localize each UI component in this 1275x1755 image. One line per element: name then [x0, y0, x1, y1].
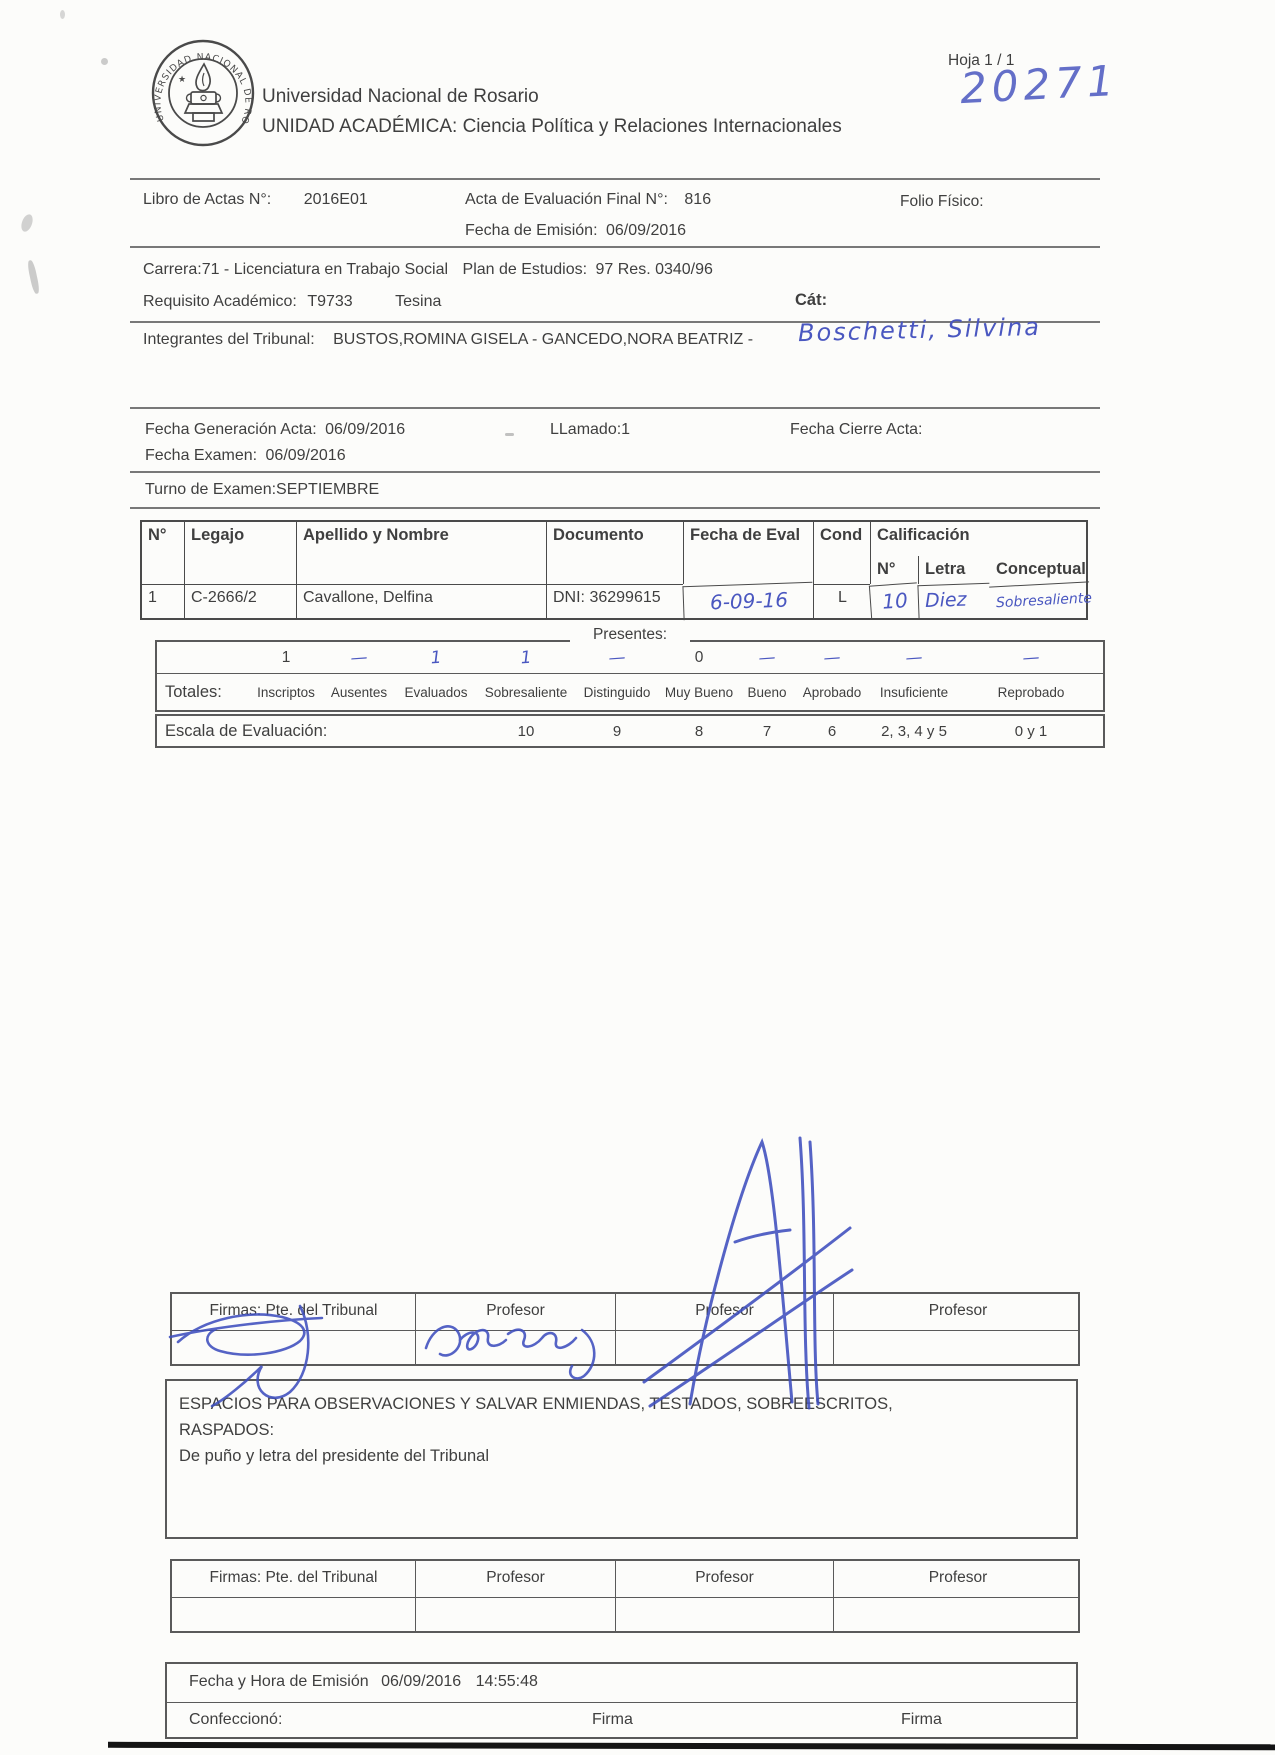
emision-footer-date: 06/09/2016: [381, 1673, 461, 1690]
scan-edge-line: [108, 1742, 1275, 1750]
totales-category-label: Evaluados: [395, 685, 477, 700]
llamado-label: LLamado:: [550, 421, 621, 438]
divider: [130, 507, 1100, 509]
firma-label-1: Firma: [458, 1711, 767, 1729]
escala-value: 2, 3, 4 y 5: [869, 723, 959, 740]
signature-cell-empty: [172, 1598, 415, 1631]
tribunal-members-printed: BUSTOS,ROMINA GISELA - GANCEDO,NORA BEAT…: [333, 331, 753, 348]
scan-smudge: [27, 260, 41, 295]
requisito-line: Requisito Académico: T9733 Tesina: [143, 293, 441, 311]
totales-labels-row: Totales: InscriptosAusentesEvaluadosSobr…: [157, 674, 1103, 710]
requisito-code: T9733: [307, 293, 352, 310]
col-header-legajo: Legajo: [184, 522, 296, 584]
firmas-header: Profesor: [615, 1294, 833, 1330]
firmas2-signature-row: [172, 1598, 1078, 1631]
totales-value: —: [738, 646, 795, 670]
row-calif-no-handwritten: 10: [869, 582, 919, 619]
presentes-label: Presentes:: [570, 626, 690, 644]
firmas-header: Profesor: [833, 1294, 1082, 1330]
signature-cell-empty: [833, 1598, 1082, 1631]
row-nombre: Cavallone, Delfina: [296, 584, 546, 618]
totales-value: —: [794, 645, 869, 670]
emision-footer-box: Fecha y Hora de Emisión 06/09/2016 14:55…: [165, 1662, 1078, 1739]
row-conceptual-handwritten: Sobresaliente: [989, 581, 1091, 620]
libro-de-actas: Libro de Actas N°: 2016E01: [143, 191, 368, 209]
divider: [130, 246, 1100, 248]
turno-examen: Turno de Examen:SEPTIEMBRE: [145, 481, 379, 499]
totales-value: —: [868, 644, 959, 670]
academic-unit: UNIDAD ACADÉMICA: Ciencia Política y Rel…: [262, 116, 842, 138]
examen-value: 06/09/2016: [266, 447, 346, 464]
divider: [130, 407, 1100, 409]
fecha-generacion: Fecha Generación Acta: 06/09/2016: [145, 421, 405, 439]
row-legajo: C-2666/2: [184, 584, 296, 618]
firmas-header: Profesor: [415, 1294, 615, 1330]
firmas-header: Profesor: [833, 1561, 1082, 1597]
col-header-letra: Letra: [918, 556, 990, 584]
firmas1-header-row: Firmas: Pte. del TribunalProfesorProfeso…: [172, 1294, 1078, 1331]
plan-value: 97 Res. 0340/96: [596, 261, 713, 278]
generacion-value: 06/09/2016: [325, 421, 405, 438]
folio-fisico-label: Folio Físico:: [900, 193, 984, 211]
scan-smudge: [101, 58, 108, 65]
col-header-calificacion: Calificación: [870, 522, 1090, 556]
divider: [130, 178, 1100, 180]
escala-value: 7: [739, 723, 795, 740]
firmas-header: Profesor: [615, 1561, 833, 1597]
row-letra-handwritten: Diez: [917, 583, 990, 619]
confecciono-label: Confeccionó:: [167, 1711, 458, 1729]
requisito-name: Tesina: [395, 293, 441, 310]
firmas-header: Profesor: [415, 1561, 615, 1597]
scan-smudge: [505, 433, 514, 436]
fecha-cierre-label: Fecha Cierre Acta:: [790, 421, 923, 439]
acta-evaluacion: Acta de Evaluación Final N°: 816: [465, 191, 711, 209]
carrera-label: Carrera:: [143, 261, 202, 278]
row-cond: L: [813, 584, 870, 618]
observaciones-line1: ESPACIOS PARA OBSERVACIONES Y SALVAR ENM…: [179, 1391, 1064, 1417]
totales-category-label: Distinguido: [575, 685, 659, 700]
emision-footer-time: 14:55:48: [476, 1673, 538, 1690]
carrera-value: 71 - Licenciatura en Trabajo Social: [202, 261, 448, 278]
seal-lamp-icon: [191, 92, 216, 104]
signature-cell-empty: [415, 1598, 615, 1631]
university-seal-logo: UNIVERSIDAD NACIONAL DE ROSARIO ★: [148, 36, 258, 150]
escala-value: 6: [795, 723, 869, 740]
tribunal-member-handwritten: Boschetti, Silvina: [798, 313, 1042, 347]
firmas-table-1: Firmas: Pte. del TribunalProfesorProfeso…: [170, 1292, 1080, 1366]
totales-category-label: Insuficiente: [869, 685, 959, 700]
tribunal-line: Integrantes del Tribunal: BUSTOS,ROMINA …: [143, 331, 753, 349]
totales-value: —: [322, 645, 395, 670]
signature-profesor-2: [800, 1138, 809, 1408]
turno-value: SEPTIEMBRE: [276, 481, 379, 498]
turno-label: Turno de Examen:: [145, 481, 276, 498]
requisito-label: Requisito Académico:: [143, 293, 297, 310]
libro-label: Libro de Actas N°:: [143, 191, 271, 208]
col-header-documento: Documento: [546, 522, 683, 584]
escala-box: Escala de Evaluación: 1098762, 3, 4 y 50…: [155, 714, 1105, 748]
plan-label: Plan de Estudios:: [463, 261, 588, 278]
observaciones-line2: RASPADOS:: [179, 1417, 1064, 1443]
carrera-line: Carrera:71 - Licenciatura en Trabajo Soc…: [143, 261, 713, 279]
totales-category-label: Aprobado: [795, 685, 869, 700]
totales-values-row: 1—11—0————: [157, 642, 1103, 674]
firmas2-header-row: Firmas: Pte. del TribunalProfesorProfeso…: [172, 1561, 1078, 1598]
signature-cell-president: [172, 1331, 415, 1364]
firmas-header: Firmas: Pte. del Tribunal: [172, 1561, 415, 1597]
signature-cell-profesor-3: [833, 1331, 1082, 1364]
escala-label: Escala de Evaluación:: [157, 722, 477, 741]
acta-label: Acta de Evaluación Final N°:: [465, 191, 668, 208]
totales-category-label: Inscriptos: [249, 685, 323, 700]
col-header-calif-no: N°: [870, 556, 918, 584]
fecha-emision: Fecha de Emisión: 06/09/2016: [465, 222, 686, 240]
llamado-value: 1: [621, 421, 630, 438]
totales-category-label: Muy Bueno: [659, 685, 739, 700]
totales-category-label: Ausentes: [323, 685, 395, 700]
signature-cell-empty: [615, 1598, 833, 1631]
col-header-nombre: Apellido y Nombre: [296, 522, 546, 584]
emision-footer-label: Fecha y Hora de Emisión: [189, 1673, 369, 1690]
scanned-acta-document: UNIVERSIDAD NACIONAL DE ROSARIO ★ Univer…: [0, 0, 1275, 1755]
firmas-table-2: Firmas: Pte. del TribunalProfesorProfeso…: [170, 1559, 1080, 1633]
stamp-number-handwritten: 20271: [959, 56, 1120, 113]
scan-smudge: [60, 10, 65, 19]
row-fecha-handwritten: 6-09-16: [682, 582, 813, 621]
signature-cell-profesor-2: [615, 1331, 833, 1364]
confecciono-row: Confeccionó: Firma Firma: [167, 1703, 1076, 1737]
tribunal-label: Integrantes del Tribunal:: [143, 331, 315, 348]
col-header-fecha: Fecha de Eval: [683, 522, 813, 584]
totales-value: 1: [476, 644, 575, 671]
totales-value: —: [574, 645, 659, 671]
firmas-header: Firmas: Pte. del Tribunal: [172, 1294, 415, 1330]
observaciones-line3: De puño y letra del presidente del Tribu…: [179, 1443, 1064, 1469]
totales-value: 1: [249, 649, 323, 667]
row-documento: DNI: 36299615: [546, 584, 683, 618]
emision-value: 06/09/2016: [606, 222, 686, 239]
totales-box: 1—11—0———— Totales: InscriptosAusentesEv…: [155, 640, 1105, 712]
col-header-cond: Cond: [813, 522, 870, 584]
escala-value: 10: [477, 723, 575, 740]
libro-value: 2016E01: [304, 191, 368, 208]
row-no: 1: [142, 584, 184, 618]
totales-category-label: Bueno: [739, 685, 795, 700]
escala-value: 9: [575, 723, 659, 740]
seal-star-icon: ★: [178, 75, 186, 85]
signature-cell-profesor-1: [415, 1331, 615, 1364]
acta-value: 816: [684, 191, 711, 208]
llamado: LLamado:1: [550, 421, 630, 439]
col-header-no: N°: [142, 522, 184, 584]
escala-value: 8: [659, 723, 739, 740]
emision-label: Fecha de Emisión:: [465, 222, 598, 239]
escala-row: Escala de Evaluación: 1098762, 3, 4 y 50…: [157, 716, 1103, 746]
totales-category-label: Sobresaliente: [477, 685, 575, 700]
fecha-examen: Fecha Examen: 06/09/2016: [145, 447, 346, 465]
catedra-label: Cát:: [795, 291, 827, 310]
university-name: Universidad Nacional de Rosario: [262, 86, 539, 108]
firma-label-2: Firma: [767, 1711, 1076, 1729]
totales-value: 1: [394, 645, 477, 671]
emision-footer-row: Fecha y Hora de Emisión 06/09/2016 14:55…: [167, 1664, 1076, 1703]
scan-smudge: [19, 213, 35, 233]
totales-category-label: Reprobado: [959, 685, 1103, 700]
totales-value: 0: [659, 649, 739, 667]
escala-value: 0 y 1: [959, 723, 1103, 740]
firmas1-signature-row: [172, 1331, 1078, 1364]
totales-prefix: Totales:: [157, 683, 249, 702]
signature-profesor-2: [735, 1230, 790, 1242]
examen-label: Fecha Examen:: [145, 447, 257, 464]
generacion-label: Fecha Generación Acta:: [145, 421, 317, 438]
col-header-conceptual: Conceptual: [990, 556, 1090, 584]
observaciones-box: ESPACIOS PARA OBSERVACIONES Y SALVAR ENM…: [165, 1379, 1078, 1539]
divider: [130, 471, 1100, 473]
totales-value: —: [958, 643, 1103, 673]
students-table: N° Legajo Apellido y Nombre Documento Fe…: [140, 520, 1088, 620]
